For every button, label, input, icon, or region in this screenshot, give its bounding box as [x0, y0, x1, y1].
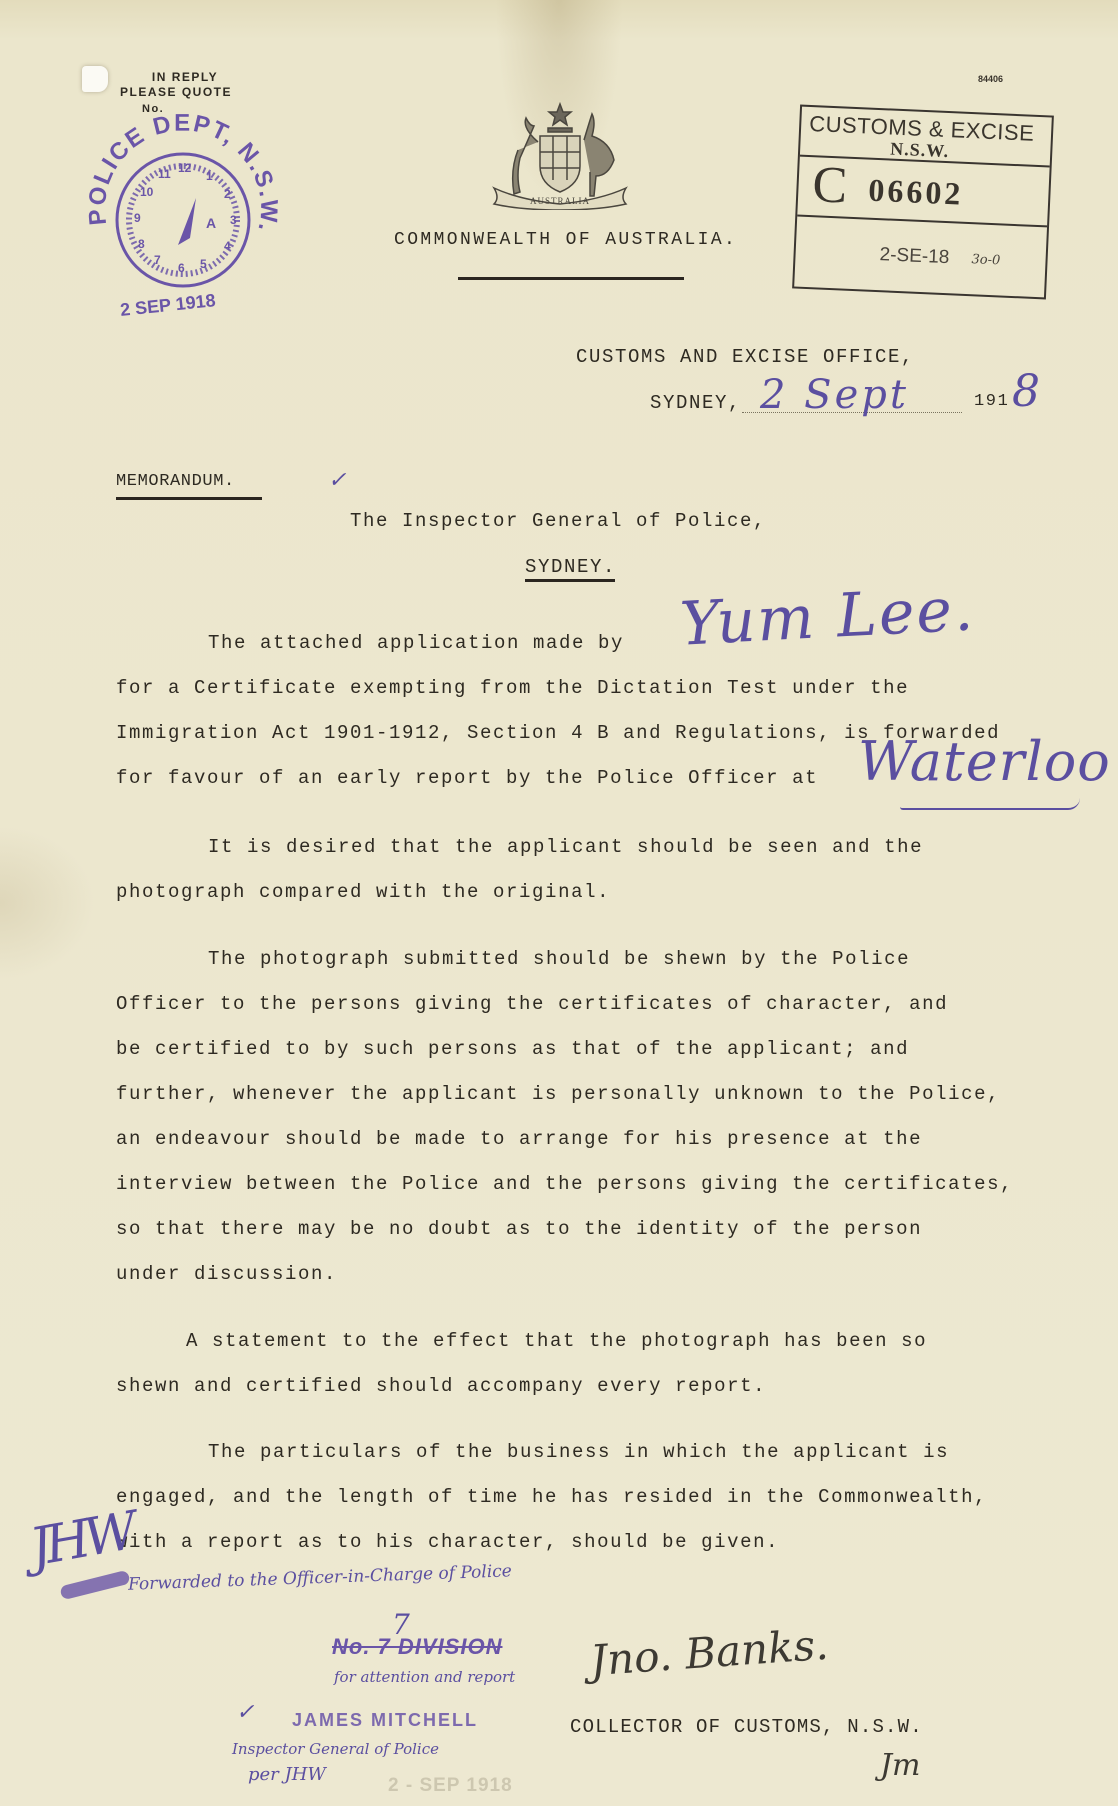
svg-text:11: 11	[158, 167, 171, 181]
svg-text:10: 10	[140, 185, 154, 199]
para3-line2: Officer to the persons giving the certif…	[116, 993, 948, 1015]
svg-text:12: 12	[178, 161, 192, 175]
addressee-underline	[525, 579, 615, 582]
office-city: SYDNEY,	[650, 392, 741, 414]
para1-line1: The attached application made by	[208, 632, 624, 654]
customs-stamp-date: 2-SE-18	[879, 244, 950, 269]
para3-line4: further, whenever the applicant is perso…	[116, 1083, 1000, 1105]
customs-stamp-time: 3o-0	[971, 252, 1000, 268]
police-dept-date-stamp: POLICE DEPT, N.S.W. 1212 345 678 91011 A…	[78, 110, 288, 320]
coat-of-arms: AUSTRALIA	[480, 100, 640, 210]
memorandum-heading: MEMORANDUM.	[116, 472, 235, 491]
place-underline	[900, 798, 1080, 810]
clock-stamp-icon: POLICE DEPT, N.S.W. 1212 345 678 91011 A…	[78, 110, 288, 320]
para4-line1: A statement to the effect that the photo…	[186, 1330, 927, 1352]
handwritten-date: 2 Sept	[760, 372, 909, 418]
svg-text:9: 9	[134, 211, 141, 225]
collector-initials: Jm	[880, 1748, 920, 1783]
para5-line1: The particulars of the business in which…	[208, 1441, 949, 1463]
collector-title: COLLECTOR OF CUSTOMS, N.S.W.	[570, 1716, 923, 1738]
per-initials: per JHW	[248, 1764, 326, 1785]
customs-stamp-number: 06602	[868, 172, 965, 213]
division-number-handwritten: 7	[392, 1608, 410, 1641]
para3-line5: an endeavour should be made to arrange f…	[116, 1128, 922, 1150]
attention-note: for attention and report	[334, 1668, 515, 1686]
year-handwritten: 8	[1012, 366, 1040, 417]
reference-number: 84406	[978, 74, 1003, 84]
para5-line2: engaged, and the length of time he has r…	[116, 1486, 987, 1508]
para5-line3: with a report as to his character, shoul…	[116, 1531, 779, 1553]
para4-line2: shewn and certified should accompany eve…	[116, 1375, 766, 1397]
memorandum-underline	[116, 497, 262, 500]
inspector-name-stamp: JAMES MITCHELL	[292, 1710, 478, 1731]
para1-line4: for favour of an early report by the Pol…	[116, 767, 818, 789]
svg-text:4: 4	[224, 239, 231, 253]
svg-text:AUSTRALIA: AUSTRALIA	[530, 196, 590, 206]
svg-text:5: 5	[200, 257, 207, 271]
tick-mark: ✓	[328, 468, 346, 493]
svg-text:2: 2	[224, 187, 231, 201]
svg-text:8: 8	[138, 237, 145, 251]
addressee-line1: The Inspector General of Police,	[350, 510, 766, 532]
para3-line8: under discussion.	[116, 1263, 337, 1285]
svg-text:7: 7	[154, 253, 161, 267]
division-stamp: No. 7 DIVISION	[332, 1634, 502, 1660]
svg-text:2 SEP 1918: 2 SEP 1918	[119, 290, 216, 320]
para3-line1: The photograph submitted should be shewn…	[208, 948, 910, 970]
para2-line2: photograph compared with the original.	[116, 881, 610, 903]
forwarded-note: Forwarded to the Officer-in-Charge of Po…	[128, 1561, 512, 1594]
para3-line6: interview between the Police and the per…	[116, 1173, 1013, 1195]
para3-line3: be certified to by such persons as that …	[116, 1038, 909, 1060]
office-name: CUSTOMS AND EXCISE OFFICE,	[576, 346, 914, 368]
inspector-title: Inspector General of Police	[232, 1740, 439, 1758]
svg-text:3: 3	[230, 213, 237, 227]
margin-initials: JHW	[26, 1502, 137, 1579]
handwritten-police-station: Waterloo	[858, 730, 1111, 793]
customs-stamp-letter: C	[811, 157, 848, 214]
year-prefix: 191	[974, 392, 1009, 411]
commonwealth-title: COMMONWEALTH OF AUSTRALIA.	[394, 230, 737, 250]
title-underline	[458, 277, 684, 280]
addressee-line2: SYDNEY.	[525, 556, 616, 578]
office-date-line: SYDNEY, 2 Sept 191 8	[650, 378, 1118, 438]
collector-signature: Jno. Banks.	[589, 1620, 830, 1686]
handwritten-applicant-name: Yum Lee.	[678, 574, 976, 659]
para1-line2: for a Certificate exempting from the Dic…	[116, 677, 909, 699]
svg-text:6: 6	[178, 261, 185, 275]
reply-notice-line1: IN REPLY	[120, 70, 232, 85]
para2-line1: It is desired that the applicant should …	[208, 836, 923, 858]
faint-date-stamp: 2 - SEP 1918	[388, 1775, 513, 1797]
check-mark: ✓	[236, 1700, 254, 1725]
customs-excise-stamp: CUSTOMS & EXCISE N.S.W. C 06602 2-SE-18 …	[792, 105, 1054, 300]
para3-line7: so that there may be no doubt as to the …	[116, 1218, 922, 1240]
ink-blot	[59, 1570, 130, 1601]
punch-hole	[82, 66, 108, 92]
svg-text:A: A	[206, 215, 216, 231]
svg-text:1: 1	[206, 169, 213, 183]
reply-notice-line2: PLEASE QUOTE	[120, 85, 232, 100]
coat-of-arms-icon: AUSTRALIA	[480, 100, 640, 210]
